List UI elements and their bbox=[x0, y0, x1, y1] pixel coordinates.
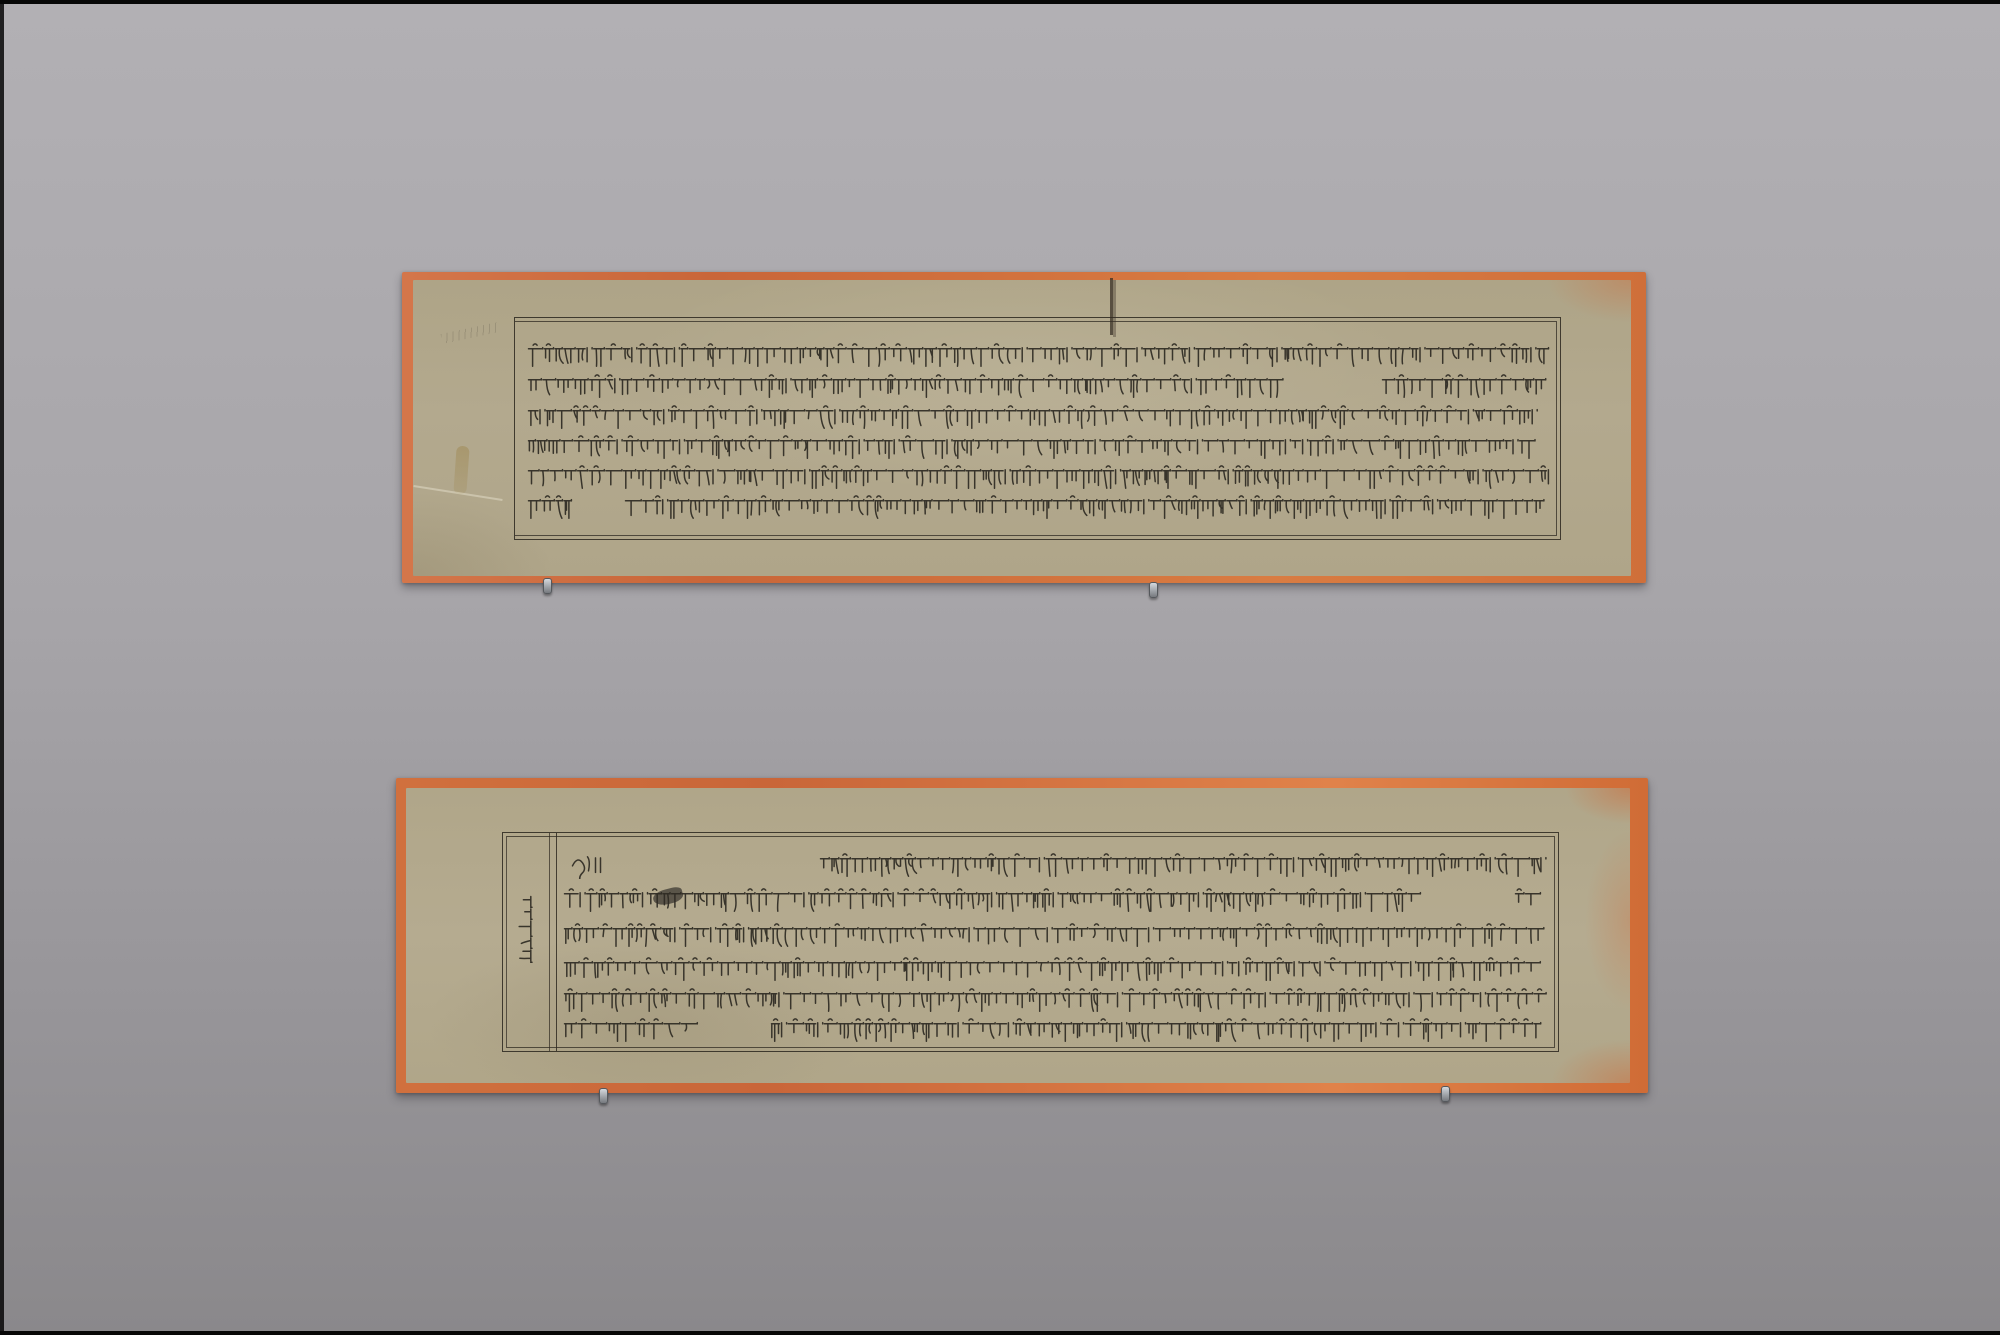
photo-border-top bbox=[0, 0, 2000, 4]
script-line-segment bbox=[563, 886, 1426, 914]
script-line-segment bbox=[527, 433, 1550, 461]
script-line-segment bbox=[1381, 372, 1550, 400]
photo-border-left bbox=[0, 0, 4, 1335]
mounting-pin bbox=[543, 578, 552, 594]
margin-label bbox=[515, 895, 539, 975]
script-line-segment bbox=[568, 851, 627, 879]
script-line-segment bbox=[563, 921, 1549, 949]
text-frame-upper bbox=[514, 317, 1561, 540]
scratch-marks bbox=[441, 322, 500, 344]
leaf-paper-upper bbox=[413, 280, 1631, 576]
script-line-segment bbox=[563, 1016, 711, 1044]
leaf-paper-lower bbox=[406, 788, 1630, 1083]
mounting-pin bbox=[599, 1088, 608, 1104]
text-block-lower bbox=[563, 833, 1549, 1051]
manuscript-photo: Photograph of two loose long narrow foli… bbox=[0, 0, 2000, 1335]
script-line-segment bbox=[819, 851, 1549, 879]
margin-column bbox=[503, 833, 557, 1051]
script-line-segment bbox=[1514, 886, 1544, 914]
script-line-segment bbox=[770, 1016, 1549, 1044]
script-line-segment bbox=[527, 403, 1550, 431]
mounting-pin bbox=[1441, 1086, 1450, 1102]
script-line-segment bbox=[527, 463, 1550, 491]
text-frame-lower bbox=[502, 832, 1559, 1052]
script-line-segment bbox=[527, 372, 1284, 400]
manuscript-leaf-lower bbox=[396, 778, 1648, 1093]
script-line-segment bbox=[527, 493, 578, 521]
script-line-segment bbox=[563, 955, 1549, 983]
photo-border-bottom bbox=[0, 1331, 2000, 1335]
ochre-stain bbox=[453, 446, 469, 495]
script-line-segment bbox=[624, 493, 1550, 521]
manuscript-leaf-upper bbox=[402, 272, 1646, 583]
mounting-pin bbox=[1149, 582, 1158, 598]
text-block-upper bbox=[527, 318, 1550, 539]
script-line-segment bbox=[527, 341, 1550, 369]
script-line-segment bbox=[563, 986, 1549, 1014]
